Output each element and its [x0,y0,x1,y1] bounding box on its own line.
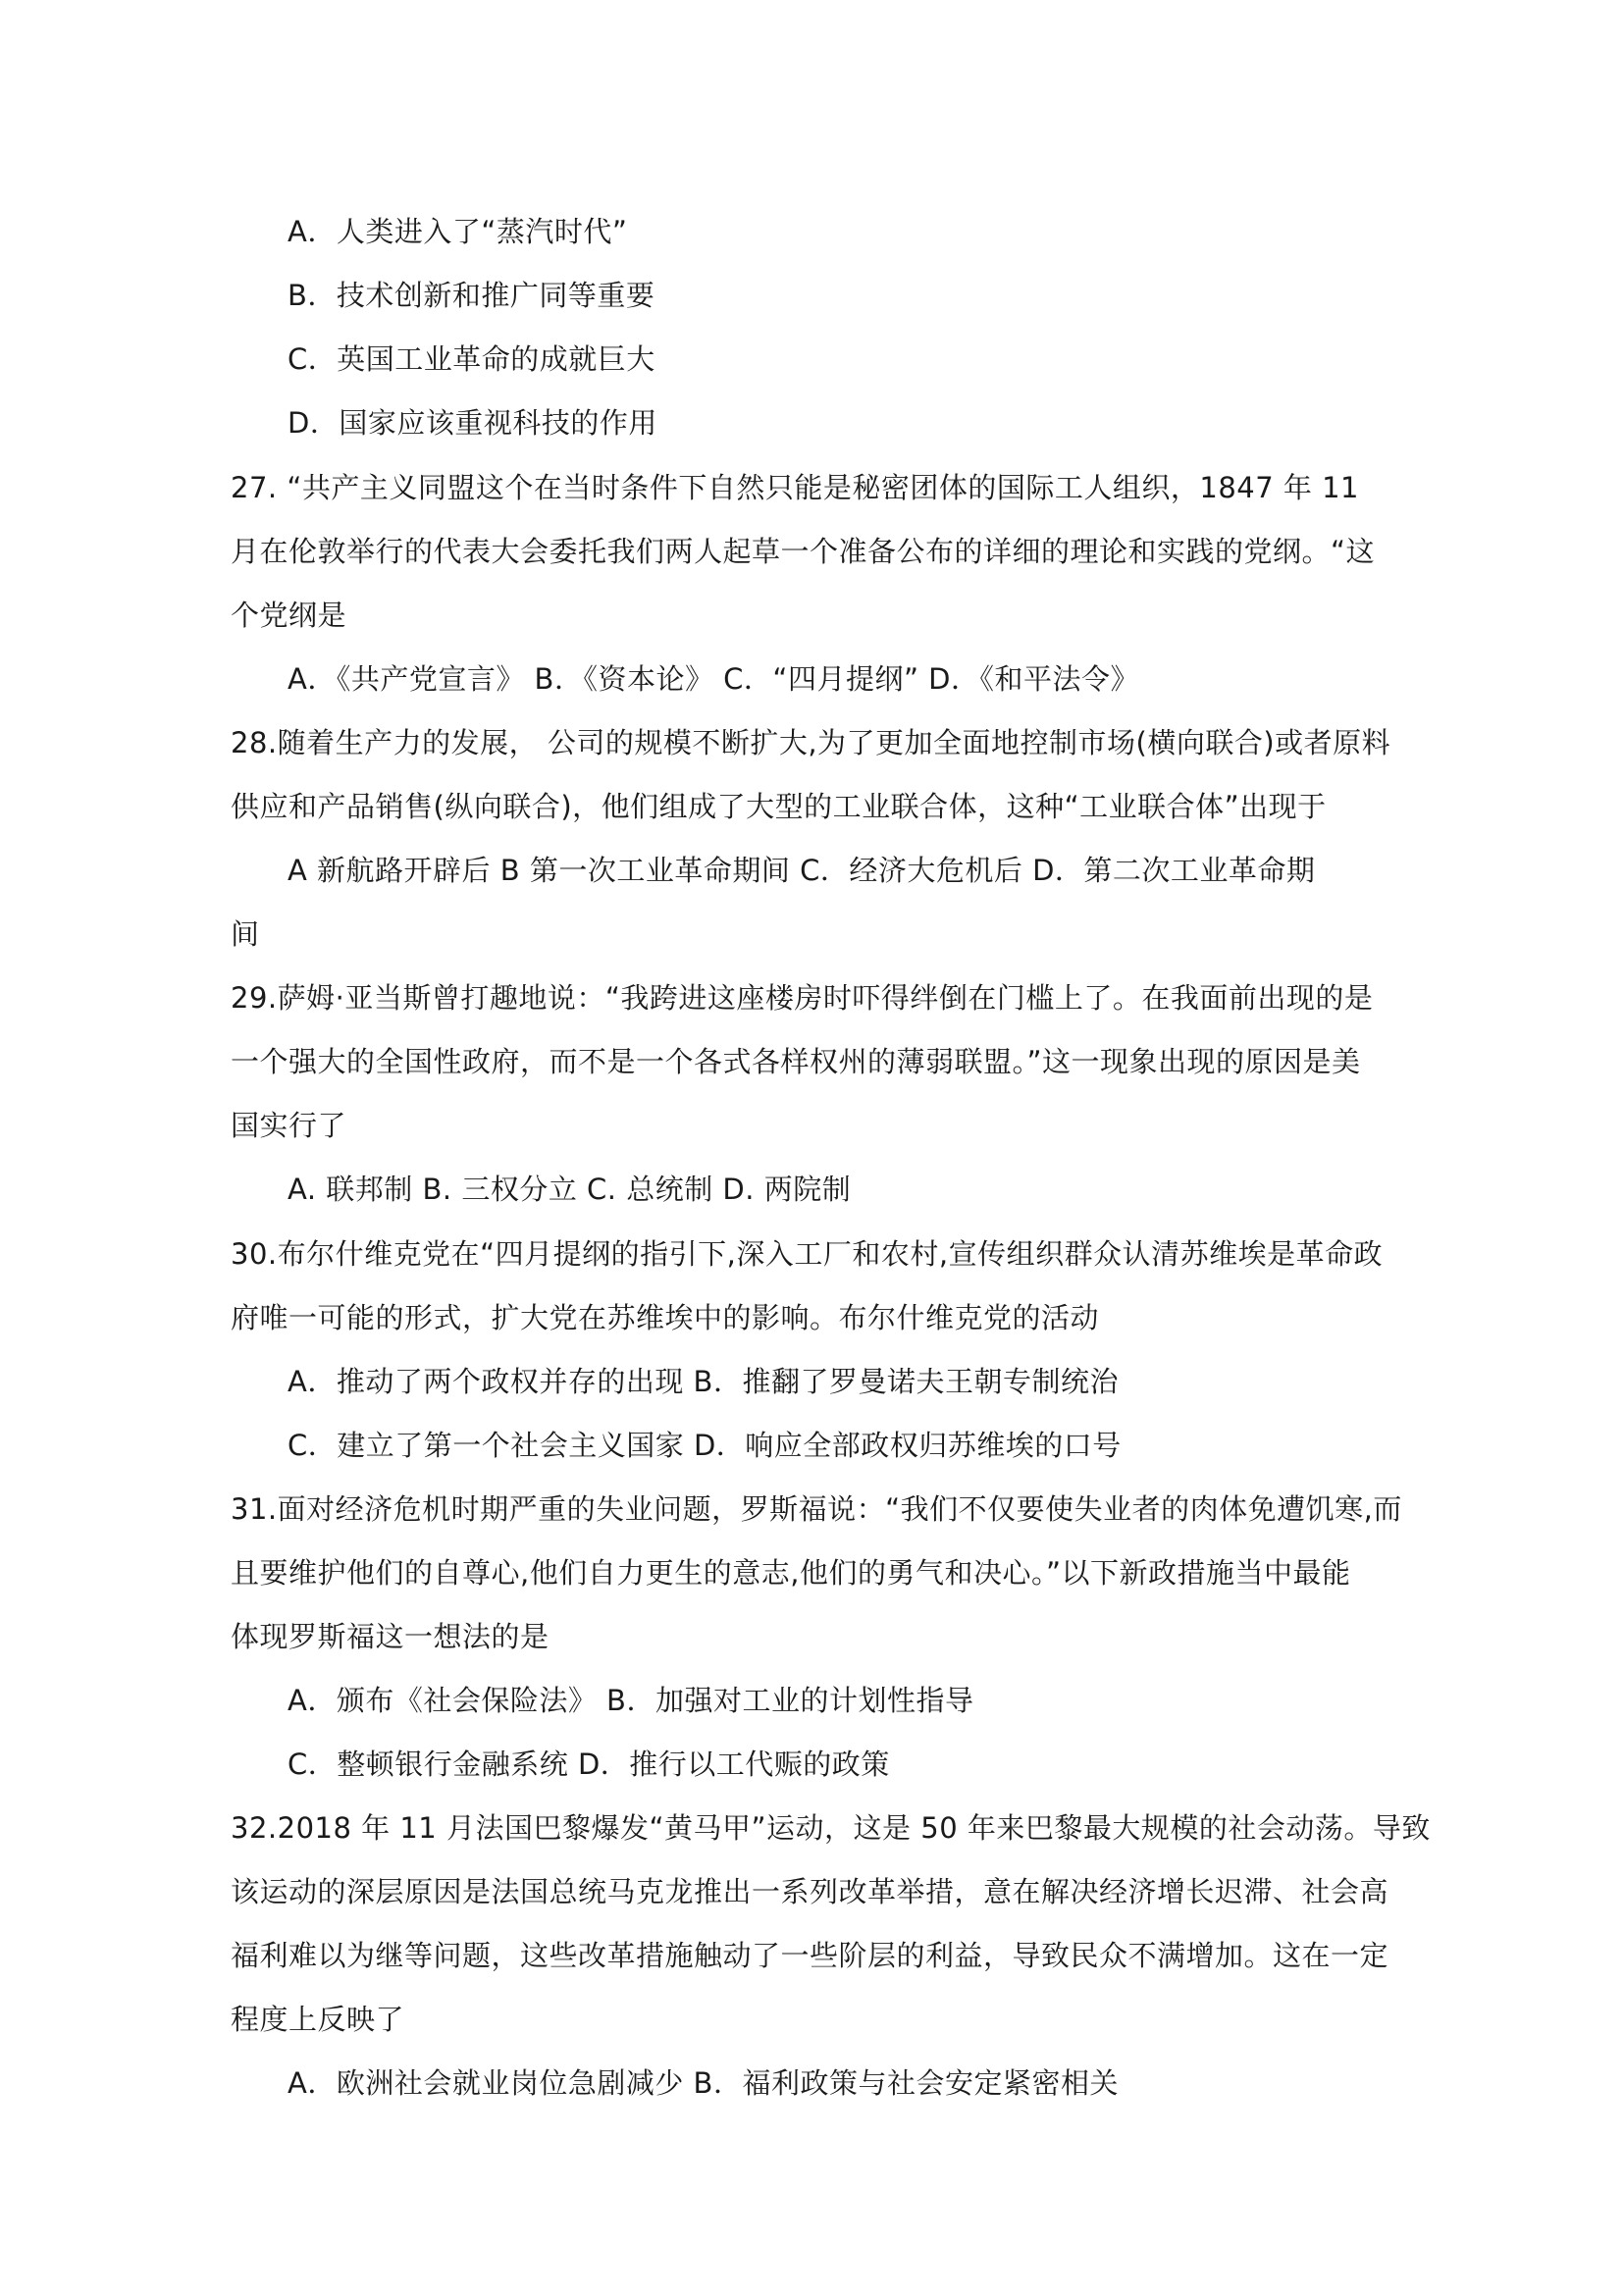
q31-stem-line3: 体现罗斯福这一想法的是 [231,1617,550,1656]
q29-stem-line1: 29.萨姆·亚当斯曾打趣地说：“我跨进这座楼房时吓得绊倒在门槛上了。在我面前出现… [231,978,1373,1018]
q31-options-ab: A．颁布《社会保险法》 B．加强对工业的计划性指导 [288,1681,973,1720]
q30-options-ab: A．推动了两个政权并存的出现 B．推翻了罗曼诺夫王朝专制统治 [288,1362,1119,1401]
q27-stem-line1: 27. “共产主义同盟这个在当时条件下自然只能是秘密团体的国际工人组织，1847… [231,468,1359,507]
q30-stem-line1: 30.布尔什维克党在“四月提纲的指引下,深入工厂和农村,宣传组织群众认清苏维埃是… [231,1234,1383,1274]
q27-options: A．《共产党宣言》 B．《资本论》 C．“四月提纲” D．《和平法令》 [288,659,1139,699]
q31-stem-line1: 31.面对经济危机时期严重的失业问题，罗斯福说：“我们不仅要使失业者的肉体免遭饥… [231,1489,1402,1529]
q28-stem-line2: 供应和产品销售(纵向联合)，他们组成了大型的工业联合体，这种“工业联合体”出现于 [231,787,1327,826]
q28-options-cont: 间 [231,914,260,954]
q30-options-cd: C．建立了第一个社会主义国家 D．响应全部政权归苏维埃的口号 [288,1426,1122,1465]
q32-options-ab: A．欧洲社会就业岗位急剧减少 B．福利政策与社会安定紧密相关 [288,2063,1119,2103]
q27-stem-line3: 个党纲是 [231,596,346,635]
q31-options-cd: C．整顿银行金融系统 D．推行以工代赈的政策 [288,1745,890,1784]
q27-stem-line2: 月在伦敦举行的代表大会委托我们两人起草一个准备公布的详细的理论和实践的党纲。“这 [231,532,1375,571]
q32-stem-line3: 福利难以为继等问题，这些改革措施触动了一些阶层的利益，导致民众不满增加。这在一定 [231,1936,1388,1975]
q32-stem-line2: 该运动的深层原因是法国总统马克龙推出一系列改革举措，意在解决经济增长迟滞、社会高 [231,1872,1388,1911]
q31-stem-line2: 且要维护他们的自尊心,他们自力更生的意志,他们的勇气和决心。”以下新政措施当中最… [231,1553,1350,1592]
q32-stem-line1: 32.2018 年 11 月法国巴黎爆发“黄马甲”运动，这是 50 年来巴黎最大… [231,1808,1431,1848]
q28-stem-line1: 28.随着生产力的发展， 公司的规模不断扩大,为了更加全面地控制市场(横向联合)… [231,723,1390,762]
q29-stem-line2: 一个强大的全国性政府，而不是一个各式各样权州的薄弱联盟。”这一现象出现的原因是美 [231,1042,1361,1081]
q30-stem-line2: 府唯一可能的形式，扩大党在苏维埃中的影响。布尔什维克党的活动 [231,1298,1099,1337]
exam-page: A．人类进入了“蒸汽时代” B．技术创新和推广同等重要 C．英国工业革命的成就巨… [0,0,1623,2296]
q29-options: A. 联邦制 B. 三权分立 C. 总统制 D. 两院制 [288,1170,851,1209]
q26-option-b: B．技术创新和推广同等重要 [288,276,654,315]
q32-stem-line4: 程度上反映了 [231,2000,404,2039]
q26-option-c: C．英国工业革命的成就巨大 [288,339,655,379]
q29-stem-line3: 国实行了 [231,1106,346,1145]
q26-option-d: D．国家应该重视科技的作用 [288,403,657,443]
q26-option-a: A．人类进入了“蒸汽时代” [288,212,627,251]
q28-options: A 新航路开辟后 B 第一次工业革命期间 C．经济大危机后 D．第二次工业革命期 [288,851,1315,890]
